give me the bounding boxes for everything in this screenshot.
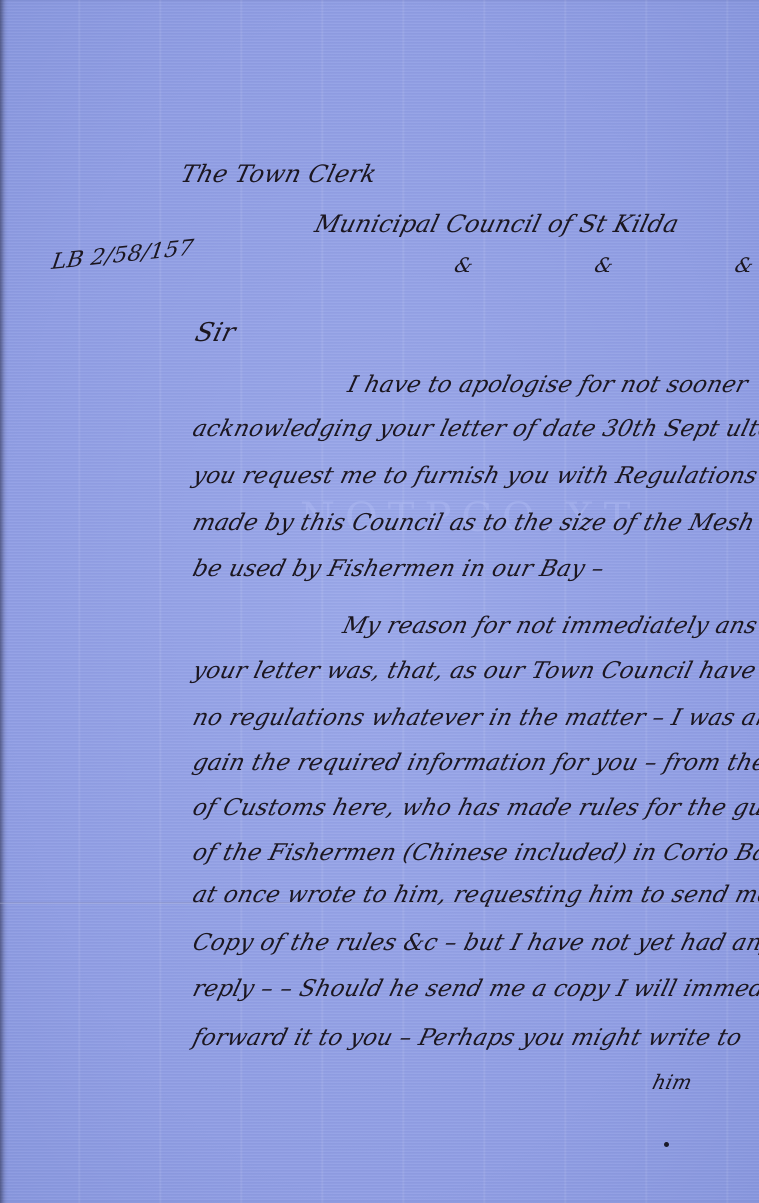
body-line: of the Fishermen (Chinese included) in C… [190,840,759,866]
reference-note: LB 2/58/157 [50,236,195,275]
address-recipient: The Town Clerk [178,160,380,188]
body-line: be used by Fishermen in our Bay – [190,556,607,582]
body-line: made by this Council as to the size of t… [190,510,759,536]
body-line: your letter was, that, as our Town Counc… [190,658,759,684]
body-line: of Customs here, who has made rules for … [190,795,759,821]
catchword: him [650,1070,695,1094]
body-line: reply – – Should he send me a copy I wil… [190,976,759,1002]
letter-page: NOTPCO.XT LB 2/58/157 The Town Clerk Mun… [0,0,759,1203]
body-line: My reason for not immediately answering [340,613,759,639]
body-line: I have to apologise for not sooner [345,372,751,398]
body-line: you request me to furnish you with Regul… [190,463,759,489]
body-line: Copy of the rules &c – but I have not ye… [190,930,759,956]
body-line: acknowledging your letter of date 30th S… [190,416,759,442]
address-organization: Municipal Council of St Kilda [312,210,682,238]
body-line: gain the required information for you – … [190,750,759,776]
address-flourish: & & & [452,253,759,277]
salutation: Sir [192,318,239,348]
ink-speck [664,1142,669,1147]
body-line: at once wrote to him, requesting him to … [190,882,759,908]
body-line: forward it to you – Perhaps you might wr… [190,1025,744,1051]
body-line: no regulations whatever in the matter – … [190,705,759,731]
